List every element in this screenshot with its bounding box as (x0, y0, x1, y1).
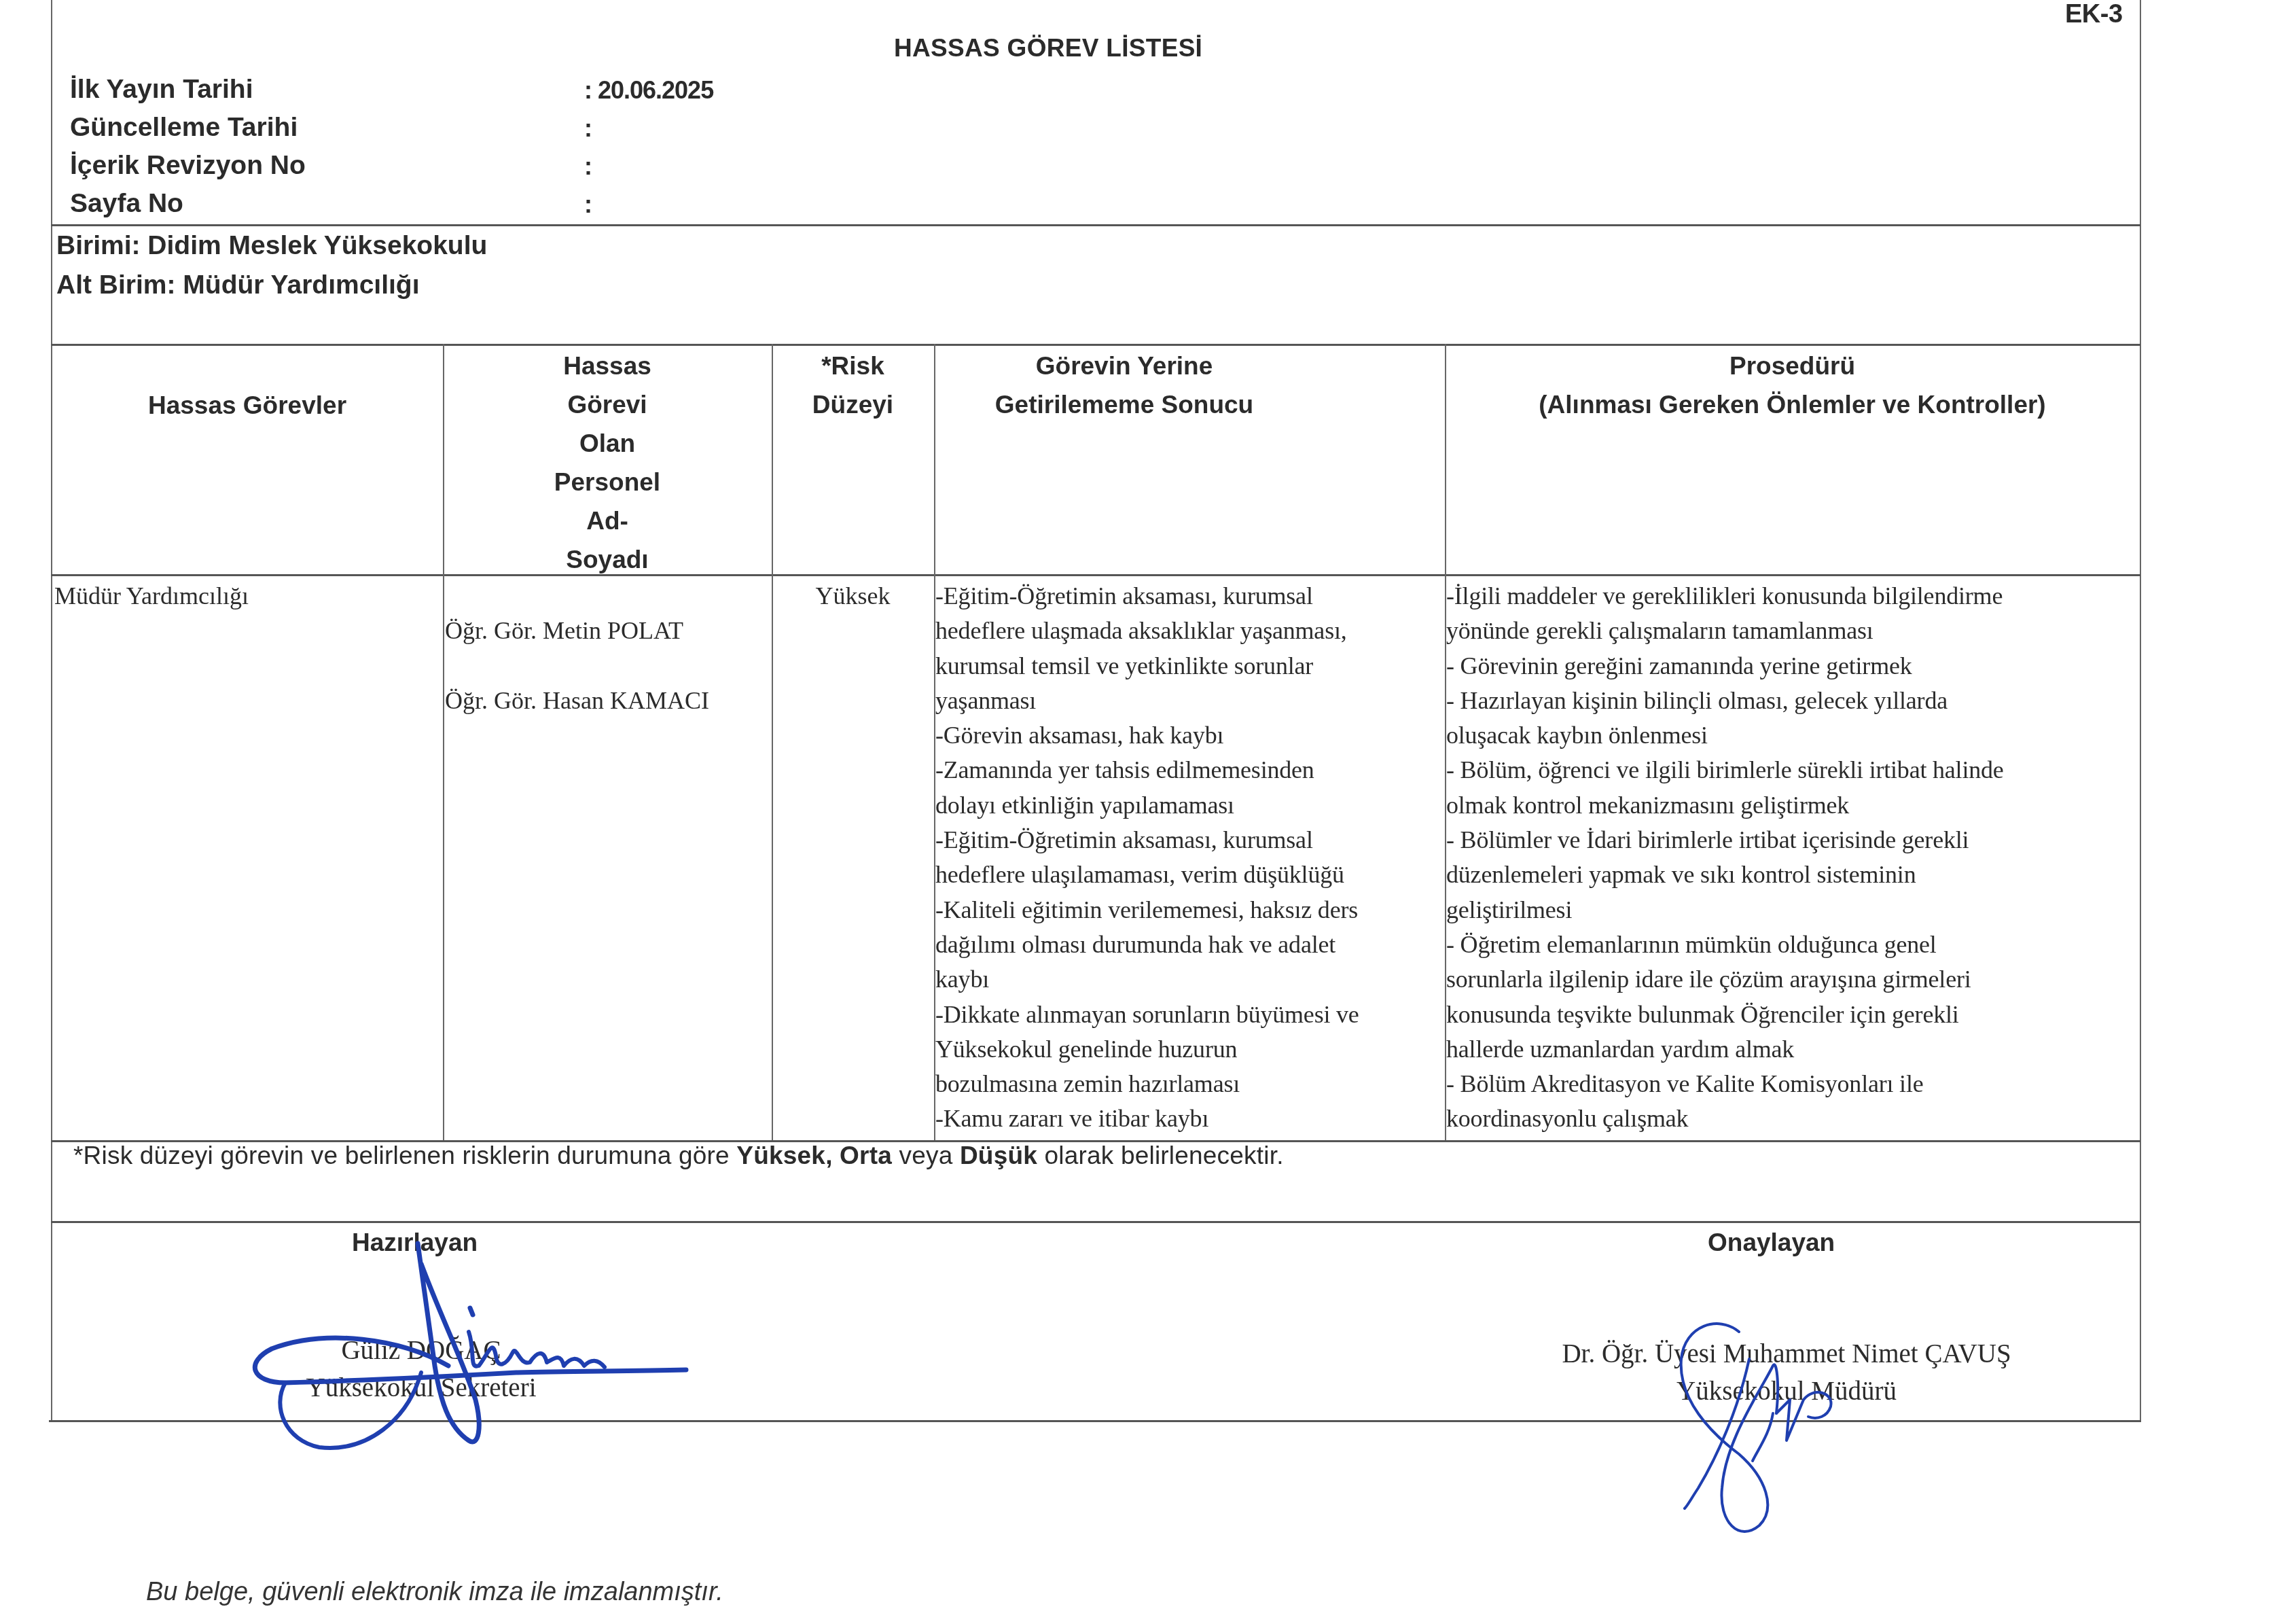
consequence-line: -Zamanında yer tahsis edilmemesinden (935, 753, 1359, 788)
header-personel-line: Hassas (443, 347, 772, 385)
consequence-line: kaybı (935, 962, 1359, 997)
footnote-text: olarak belirlenecektir. (1037, 1142, 1284, 1169)
header-personel-line: Ad- (443, 501, 772, 540)
footnote-level-low: Düşük (960, 1142, 1037, 1169)
header-personel-line: Olan (443, 424, 772, 463)
frame-left-border (51, 0, 52, 1421)
meta-label-revision-no: İçerik Revizyon No (70, 151, 306, 181)
procedure-line: -İlgili maddeler ve gereklilikleri konus… (1446, 579, 2004, 614)
approved-label: Onaylayan (1708, 1228, 1835, 1257)
consequence-line: hedeflere ulaşmada aksaklıklar yaşanması… (935, 614, 1359, 648)
col-divider-2 (772, 344, 773, 1140)
risk-footnote: *Risk düzeyi görevin ve belirlenen riskl… (73, 1142, 1284, 1170)
procedure-line: - Hazırlayan kişinin bilinçli olması, ge… (1446, 684, 2004, 718)
procedure-line: sorunlarla ilgilenip idare ile çözüm ara… (1446, 962, 2004, 997)
header-prosedur-line: (Alınması Gereken Önlemler ve Kontroller… (1445, 385, 2140, 424)
procedure-line: düzenlemeleri yapmak ve sıkı kontrol sis… (1446, 857, 2004, 892)
header-sonuc-line: Getirilememe Sonucu (934, 385, 1314, 424)
procedure-line: geliştirilmesi (1446, 893, 2004, 927)
meta-label-page-no: Sayfa No (70, 189, 183, 219)
consequence-line: Yüksekokul genelinde huzurun (935, 1032, 1359, 1067)
handwritten-signature-approved (1657, 1318, 1888, 1542)
consequence-line: -Kamu zararı ve itibar kaybı (935, 1101, 1359, 1136)
procedure-line: - Bölüm Akreditasyon ve Kalite Komisyonl… (1446, 1067, 2004, 1101)
cell-consequence: -Eğitim-Öğretimin aksaması, kurumsalhede… (935, 579, 1359, 1137)
personnel-name: Öğr. Gör. Metin POLAT (445, 614, 709, 648)
header-divider (51, 224, 2140, 226)
cell-task: Müdür Yardımcılığı (54, 579, 249, 614)
meta-value-page-no: : (584, 190, 592, 219)
consequence-line: bozulmasına zemin hazırlaması (935, 1067, 1359, 1101)
procedure-line: - Bölüm, öğrenci ve ilgili birimlerle sü… (1446, 753, 2004, 788)
handwritten-signature-prepared (245, 1237, 706, 1454)
procedure-line: hallerde uzmanlardan yardım almak (1446, 1032, 2004, 1067)
header-personel-line: Soyadı (443, 540, 772, 579)
procedure-line: konusunda teşvikte bulunmak Öğrenciler i… (1446, 997, 2004, 1032)
consequence-line: -Eğitim-Öğretimin aksaması, kurumsal (935, 579, 1359, 614)
meta-label-update-date: Güncelleme Tarihi (70, 113, 298, 143)
consequence-line: -Eğitim-Öğretimin aksaması, kurumsal (935, 823, 1359, 857)
unit-name: Birimi: Didim Meslek Yüksekokulu (56, 231, 487, 261)
procedure-line: - Bölümler ve İdari birimlerle irtibat i… (1446, 823, 2004, 857)
header-personel: Hassas Görevi Olan Personel Ad- Soyadı (443, 347, 772, 579)
procedure-line: olmak kontrol mekanizmasını geliştirmek (1446, 788, 2004, 823)
header-hassas-gorevler: Hassas Görevler (52, 386, 443, 425)
consequence-line: kurumsal temsil ve yetkinlikte sorunlar (935, 649, 1359, 684)
annex-label: EK-3 (2065, 0, 2123, 29)
header-sonuc-line: Görevin Yerine (934, 347, 1314, 385)
header-prosedur: Prosedürü (Alınması Gereken Önlemler ve … (1445, 347, 2140, 424)
meta-value-update-date: : (584, 114, 592, 143)
footnote-level-high-mid: Yüksek, Orta (736, 1142, 892, 1169)
header-personel-line: Personel (443, 463, 772, 501)
footnote-text: veya (892, 1142, 960, 1169)
table-top-border (51, 344, 2140, 346)
consequence-line: dolayı etkinliğin yapılamaması (935, 788, 1359, 823)
footnote-text: *Risk düzeyi görevin ve belirlenen riskl… (73, 1142, 736, 1169)
header-personel-line: Görevi (443, 385, 772, 424)
meta-value-revision-no: : (584, 152, 592, 181)
consequence-line: -Görevin aksaması, hak kaybı (935, 718, 1359, 753)
procedure-line: oluşacak kaybın önlenmesi (1446, 718, 2004, 753)
cell-personnel: Öğr. Gör. Metin POLAT Öğr. Gör. Hasan KA… (445, 579, 709, 753)
header-risk-line: Düzeyi (772, 385, 934, 424)
footnote-bottom (51, 1221, 2140, 1223)
header-sonuc: Görevin Yerine Getirilememe Sonucu (934, 347, 1314, 424)
consequence-line: hedeflere ulaşılamaması, verim düşüklüğü (935, 857, 1359, 892)
procedure-line: koordinasyonlu çalışmak (1446, 1101, 2004, 1136)
table-header-bottom (51, 574, 2140, 576)
consequence-line: -Kaliteli eğitimin verilememesi, haksız … (935, 893, 1359, 927)
e-signature-notice: Bu belge, güvenli elektronik imza ile im… (146, 1578, 723, 1607)
consequence-line: -Dikkate alınmayan sorunların büyümesi v… (935, 997, 1359, 1032)
meta-value-first-publish: : 20.06.2025 (584, 76, 713, 105)
cell-procedure: -İlgili maddeler ve gereklilikleri konus… (1446, 579, 2004, 1137)
consequence-line: yaşanması (935, 684, 1359, 718)
cell-risk-level: Yüksek (772, 579, 934, 614)
document-title: HASSAS GÖREV LİSTESİ (894, 34, 1202, 63)
sub-unit-name: Alt Birim: Müdür Yardımcılığı (56, 270, 420, 300)
header-risk-line: *Risk (772, 347, 934, 385)
meta-label-first-publish: İlk Yayın Tarihi (70, 75, 253, 105)
consequence-line: dağılımı olması durumunda hak ve adalet (935, 927, 1359, 962)
personnel-name: Öğr. Gör. Hasan KAMACI (445, 684, 709, 718)
procedure-line: - Görevinin gereğini zamanında yerine ge… (1446, 649, 2004, 684)
header-risk-duzeyi: *Risk Düzeyi (772, 347, 934, 424)
header-prosedur-line: Prosedürü (1445, 347, 2140, 385)
procedure-line: - Öğretim elemanlarının mümkün olduğunca… (1446, 927, 2004, 962)
procedure-line: yönünde gerekli çalışmaların tamamlanmas… (1446, 614, 2004, 648)
frame-right-border (2140, 0, 2141, 1421)
